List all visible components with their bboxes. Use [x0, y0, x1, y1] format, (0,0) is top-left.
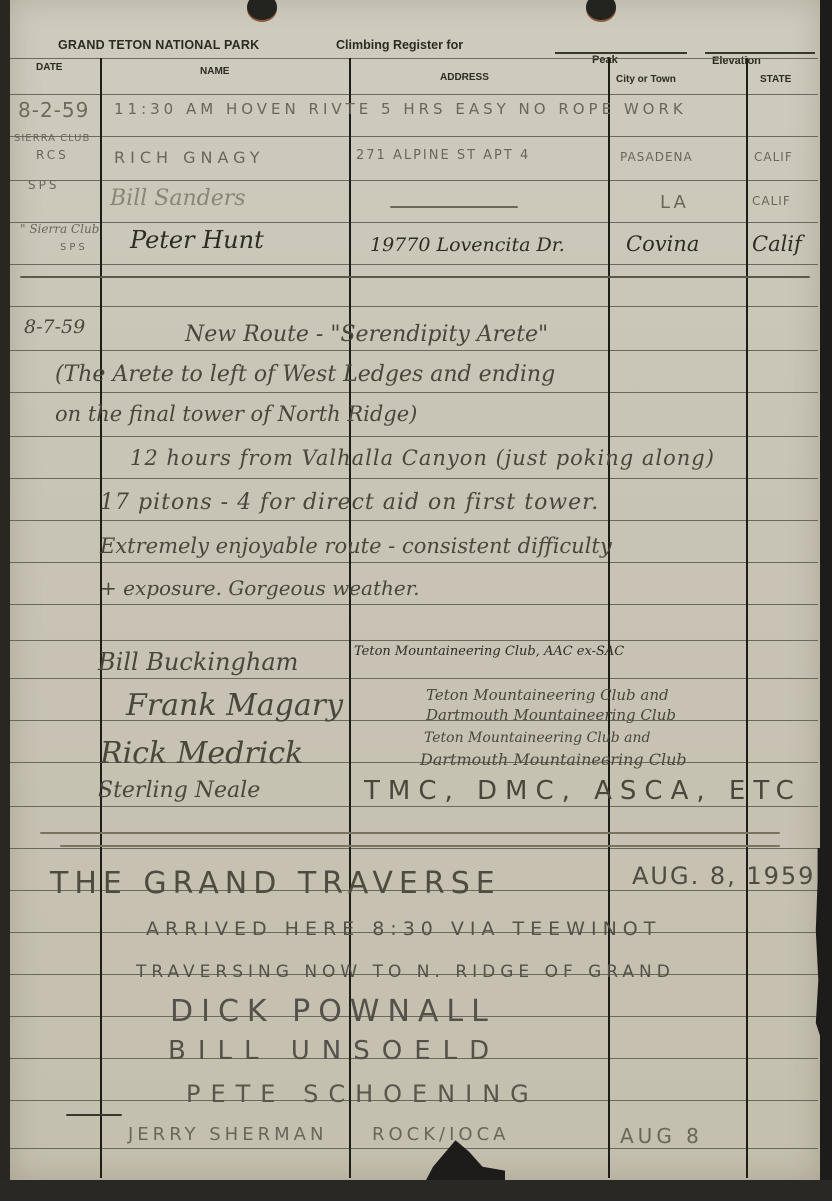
climber-address: 19770 Lovencita Dr.	[370, 234, 565, 256]
entry2-line: New Route - "Serendipity Arete"	[185, 322, 548, 347]
column-divider	[100, 58, 102, 1178]
ruled-line	[10, 94, 818, 95]
ruled-line	[10, 562, 818, 563]
elevation-blank	[705, 52, 815, 54]
ditto-mark	[390, 206, 518, 208]
ruled-line	[10, 264, 818, 265]
ruled-line	[10, 180, 818, 181]
background-edge	[0, 1180, 832, 1201]
entry2-line: + exposure. Gorgeous weather.	[100, 576, 419, 600]
background-edge	[0, 0, 10, 1201]
climber-city: PASADENA	[620, 150, 693, 164]
climber-name: RICH GNAGY	[114, 148, 265, 167]
entry2-date: 8-7-59	[24, 316, 85, 338]
park-title: GRAND TETON NATIONAL PARK	[58, 38, 259, 52]
climber-state: CALIF	[754, 150, 793, 164]
ruled-line	[10, 478, 818, 479]
entry1-club-note: RCS	[36, 148, 69, 162]
entry2-line: 12 hours from Valhalla Canyon (just poki…	[130, 446, 715, 470]
column-divider	[746, 58, 748, 1178]
entry3-title: THE GRAND TRAVERSE	[50, 866, 501, 901]
column-header-address: ADDRESS	[440, 72, 489, 83]
ruled-line	[10, 640, 818, 641]
ruled-line	[10, 436, 818, 437]
column-header-date: DATE	[36, 62, 62, 73]
elevation-label: Elevation	[712, 55, 761, 67]
entry2-line: Extremely enjoyable route - consistent d…	[100, 534, 612, 558]
register-label: Climbing Register for	[336, 38, 463, 52]
ruled-line	[10, 604, 818, 605]
entry3-date: AUG. 8, 1959	[632, 862, 815, 890]
ruled-line	[10, 306, 818, 307]
ruled-line	[10, 136, 818, 137]
climber-affiliation: TMC, DMC, ASCA, ETC	[364, 776, 802, 806]
column-header-city: City or Town	[616, 74, 676, 85]
climber-name: PETE SCHOENING	[186, 1080, 539, 1108]
ruled-line	[10, 392, 818, 393]
entry2-line: on the final tower of North Ridge)	[55, 402, 417, 426]
climber-name: Frank Magary	[126, 688, 343, 723]
climber-affiliation: Teton Mountaineering Club, AAC ex-SAC	[354, 644, 624, 659]
ruled-line	[10, 848, 818, 849]
entry1-club-note: SPS	[28, 178, 59, 192]
entry2-line: (The Arete to left of West Ledges and en…	[55, 362, 555, 387]
climber-name: Sterling Neale	[98, 778, 260, 803]
entry4-date: AUG 8	[620, 1124, 703, 1148]
entry3-line: ARRIVED HERE 8:30 VIA TEEWINOT	[146, 918, 661, 940]
climber-affiliation: Teton Mountaineering Club and	[424, 730, 650, 746]
climber-name: DICK POWNALL	[170, 994, 496, 1029]
climber-name: BILL UNSOELD	[168, 1036, 501, 1066]
climber-name: Bill Sanders	[110, 186, 246, 211]
climber-affiliation: Teton Mountaineering Club and	[426, 686, 669, 704]
entry1-date: 8-2-59	[18, 98, 89, 122]
climber-affiliation: Dartmouth Mountaineering Club	[420, 750, 687, 769]
climber-name: Peter Hunt	[130, 226, 264, 254]
climber-state: CALIF	[752, 194, 791, 208]
peak-label: Peak	[592, 54, 618, 66]
ruled-line	[10, 1148, 818, 1149]
entry1-club-note: " Sierra Club	[20, 222, 99, 236]
climber-city: LA	[660, 192, 689, 213]
pencil-mark	[66, 1114, 122, 1116]
entry-separator	[60, 845, 780, 847]
entry-separator	[40, 832, 780, 834]
entry-separator	[20, 276, 810, 278]
climber-city: Covina	[626, 232, 699, 256]
ruled-line	[10, 350, 818, 351]
climber-affiliation: Dartmouth Mountaineering Club	[426, 706, 676, 724]
ruled-line	[10, 58, 818, 59]
climber-name: Bill Buckingham	[98, 648, 298, 676]
column-header-state: STATE	[760, 74, 791, 85]
entry1-note: 11:30 AM HOVEN RIVTE 5 HRS EASY NO ROPE …	[114, 100, 687, 118]
entry1-club-note: SPS	[60, 242, 88, 253]
peak-blank	[555, 52, 687, 54]
entry3-line: TRAVERSING NOW TO N. RIDGE OF GRAND	[136, 962, 675, 982]
climber-address: 271 ALPINE ST APT 4	[356, 148, 530, 163]
climber-state: Calif	[752, 232, 802, 256]
column-divider	[608, 58, 610, 1178]
ruled-line	[10, 222, 818, 223]
entry1-club-note: SIERRA CLUB	[14, 133, 90, 144]
ruled-line	[10, 678, 818, 679]
climber-address: ROCK/IOCA	[372, 1124, 509, 1145]
entry2-line: 17 pitons - 4 for direct aid on first to…	[100, 490, 599, 515]
climber-name: Rick Medrick	[100, 736, 303, 771]
column-header-name: NAME	[200, 66, 229, 77]
ruled-line	[10, 520, 818, 521]
climber-name: JERRY SHERMAN	[128, 1124, 327, 1145]
ruled-line	[10, 806, 818, 807]
